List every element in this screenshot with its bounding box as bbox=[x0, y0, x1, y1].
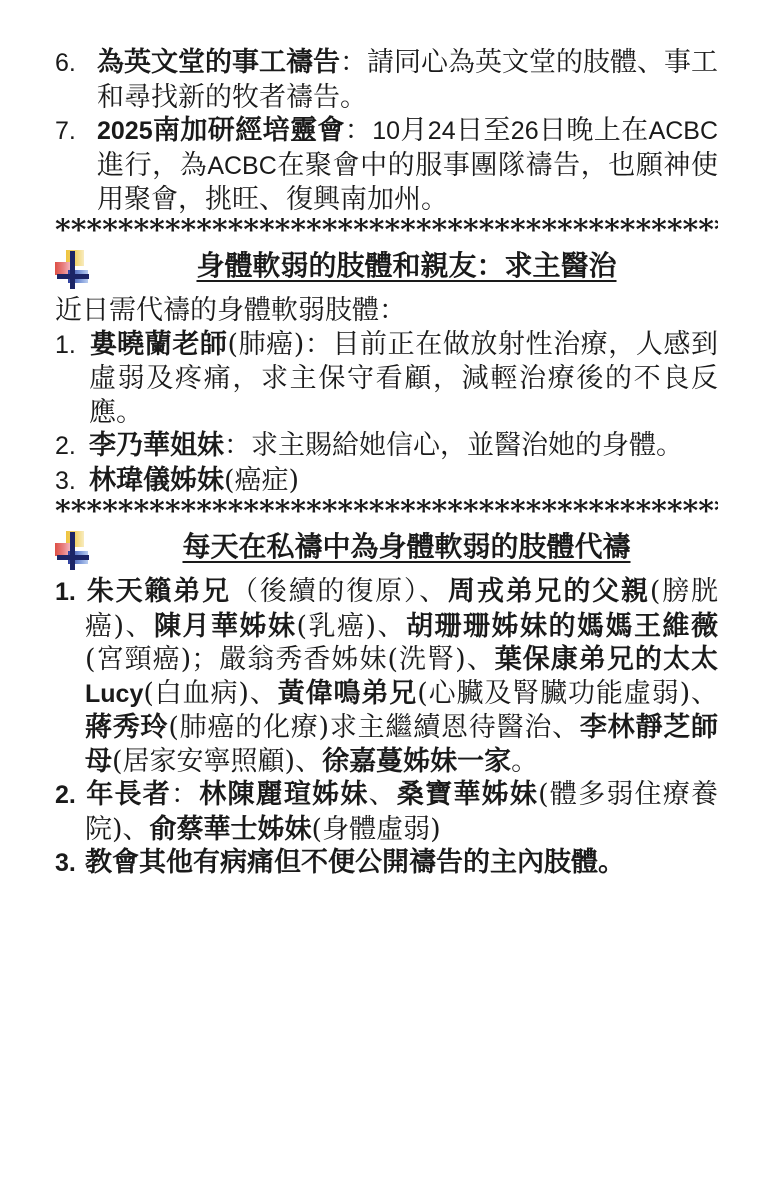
list-item: 3.林瑋儀姊妹(癌症) bbox=[55, 464, 718, 499]
item-number: 6. bbox=[55, 47, 97, 81]
announcements-list: 6.為英文堂的事工禱告：請同心為英文堂的肢體、事工和尋找新的牧者禱告。7.202… bbox=[55, 46, 718, 217]
cross-icon-vertical-bar bbox=[70, 251, 75, 289]
item-text: 李乃華姐妹：求主賜給她信心，並醫治她的身體。 bbox=[89, 430, 683, 461]
section-sick-intro: 近日需代禱的身體軟弱肢體： bbox=[55, 294, 718, 328]
item-number: 7. bbox=[55, 115, 97, 149]
cross-icon-horizontal-bar bbox=[57, 274, 89, 279]
item-number: 2. bbox=[55, 779, 85, 813]
item-text: 朱天籟弟兄（後續的復原）、周戎弟兄的父親(膀胱癌)、陳月華姊妹(乳癌)、胡珊珊姊… bbox=[85, 576, 718, 777]
list-item: 1.朱天籟弟兄（後續的復原）、周戎弟兄的父親(膀胱癌)、陳月華姊妹(乳癌)、胡珊… bbox=[55, 575, 718, 778]
item-number: 1. bbox=[55, 329, 89, 363]
item-number: 3. bbox=[55, 847, 85, 881]
cross-icon bbox=[55, 249, 95, 291]
section-daily-heading: 每天在私禱中為身體軟弱的肢體代禱 bbox=[95, 528, 718, 566]
list-item: 3.教會其他有病痛但不便公開禱告的主內肢體。 bbox=[55, 846, 718, 881]
bulletin-page: 6.為英文堂的事工禱告：請同心為英文堂的肢體、事工和尋找新的牧者禱告。7.202… bbox=[0, 0, 768, 1187]
cross-icon-vertical-bar bbox=[70, 532, 75, 570]
asterisk-separator: ****************************************… bbox=[55, 499, 718, 525]
section-daily-list: 1.朱天籟弟兄（後續的復原）、周戎弟兄的父親(膀胱癌)、陳月華姊妹(乳癌)、胡珊… bbox=[55, 575, 718, 881]
item-text: 婁曉蘭老師(肺癌)：目前正在做放射性治療，人感到虛弱及疼痛，求主保守看顧，減輕治… bbox=[89, 329, 718, 428]
item-text: 2025南加研經培靈會：10月24日至26日晚上在ACBC進行，為ACBC在聚會… bbox=[97, 115, 718, 215]
item-number: 2. bbox=[55, 430, 89, 464]
section-daily-header: 每天在私禱中為身體軟弱的肢體代禱 bbox=[55, 528, 718, 572]
section-sick-header: 身體軟弱的肢體和親友：求主醫治 bbox=[55, 247, 718, 291]
list-item: 7.2025南加研經培靈會：10月24日至26日晚上在ACBC進行，為ACBC在… bbox=[55, 114, 718, 217]
item-text: 年長者：林陳麗瑄姊妹、桑寶華姊妹(體多弱住療養院)、俞蔡華士姊妹(身體虛弱) bbox=[85, 779, 718, 845]
cross-icon-horizontal-bar bbox=[57, 555, 89, 560]
cross-icon bbox=[55, 530, 95, 572]
list-item: 2.年長者：林陳麗瑄姊妹、桑寶華姊妹(體多弱住療養院)、俞蔡華士姊妹(身體虛弱) bbox=[55, 778, 718, 846]
list-item: 2.李乃華姐妹：求主賜給她信心，並醫治她的身體。 bbox=[55, 429, 718, 464]
asterisk-separator: ****************************************… bbox=[55, 218, 718, 244]
item-text: 教會其他有病痛但不便公開禱告的主內肢體。 bbox=[85, 847, 625, 878]
item-number: 3. bbox=[55, 465, 89, 499]
list-item: 1.婁曉蘭老師(肺癌)：目前正在做放射性治療，人感到虛弱及疼痛，求主保守看顧，減… bbox=[55, 328, 718, 430]
list-item: 6.為英文堂的事工禱告：請同心為英文堂的肢體、事工和尋找新的牧者禱告。 bbox=[55, 46, 718, 114]
item-text: 林瑋儀姊妹(癌症) bbox=[89, 465, 299, 496]
item-text: 為英文堂的事工禱告：請同心為英文堂的肢體、事工和尋找新的牧者禱告。 bbox=[97, 47, 718, 113]
section-sick-heading: 身體軟弱的肢體和親友：求主醫治 bbox=[95, 247, 718, 285]
section-sick-list: 1.婁曉蘭老師(肺癌)：目前正在做放射性治療，人感到虛弱及疼痛，求主保守看顧，減… bbox=[55, 328, 718, 499]
item-number: 1. bbox=[55, 576, 85, 610]
